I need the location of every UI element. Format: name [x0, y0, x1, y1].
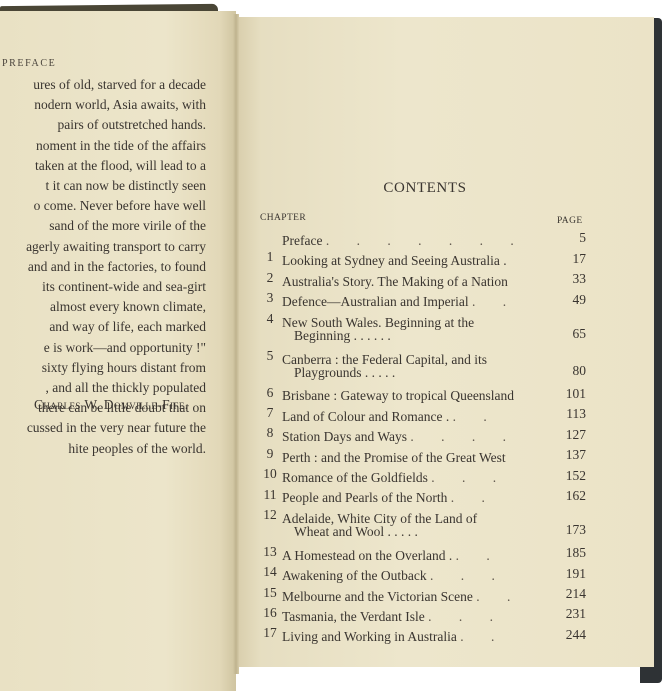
book-gutter	[233, 14, 239, 674]
table-of-contents: Preface . . . . . . .51Looking at Sydney…	[258, 227, 586, 644]
chapter-title: Land of Colour and Romance . . .	[282, 407, 552, 424]
leader-dots: . .	[456, 548, 502, 563]
chapter-number: 13	[258, 542, 282, 561]
chapter-title-line: Australia's Story. The Making of a Natio…	[282, 275, 552, 289]
chapter-title: Adelaide, White City of the Land ofWheat…	[282, 509, 552, 539]
toc-entry: 2Australia's Story. The Making of a Nati…	[258, 268, 586, 288]
page-number: 137	[552, 445, 586, 464]
page-number: 244	[552, 625, 586, 644]
preface-line: pairs of outstretched hands.	[0, 115, 206, 135]
toc-entry: 7Land of Colour and Romance . . .113	[258, 403, 586, 423]
leader-dots: . .	[453, 409, 499, 424]
chapter-title: Preface . . . . . . .	[282, 231, 552, 248]
page-number: 65	[552, 324, 586, 343]
chapter-title-line: Wheat and Wool . . . . .	[282, 525, 552, 539]
chapter-number: 2	[258, 268, 282, 287]
toc-entry: 5Canberra : the Federal Capital, and its…	[258, 346, 586, 380]
leader-dots: . .	[460, 629, 506, 644]
chapter-number: 6	[258, 383, 282, 402]
leader-dots: . .	[451, 490, 497, 505]
preface-line: and and in the factories, to found	[0, 257, 206, 277]
chapter-number: 1	[258, 247, 282, 266]
contents-title: CONTENTS	[260, 180, 590, 197]
chapter-title-line: Adelaide, White City of the Land of	[282, 512, 552, 526]
preface-line: nodern world, Asia awaits, with	[0, 95, 206, 115]
preface-line: t it can now be distinctly seen	[0, 176, 206, 196]
toc-entry: 17Living and Working in Australia . .244	[258, 623, 586, 643]
page-number: 127	[552, 425, 586, 444]
page-number: 101	[552, 384, 586, 403]
page-number: 214	[552, 584, 586, 603]
chapter-title-line: Brisbane : Gateway to tropical Queenslan…	[282, 389, 552, 403]
page-number: 191	[552, 564, 586, 583]
toc-entry: 3Defence—Australian and Imperial . .49	[258, 288, 586, 308]
chapter-number: 5	[258, 346, 282, 365]
page-column-header: PAGE	[557, 216, 583, 226]
toc-entry: 14Awakening of the Outback . . .191	[258, 562, 586, 582]
page-number: 5	[552, 228, 586, 247]
toc-entry: 10Romance of the Goldfields . . .152	[258, 464, 586, 484]
chapter-title: Living and Working in Australia . .	[282, 627, 552, 644]
toc-entry: Preface . . . . . . .5	[258, 227, 586, 247]
preface-line: e is work—and opportunity !"	[0, 338, 206, 358]
page-number: 80	[552, 361, 586, 380]
chapter-title: Perth : and the Promise of the Great Wes…	[282, 448, 552, 465]
page-number: 113	[552, 404, 586, 423]
chapter-number: 12	[258, 505, 282, 524]
chapter-title: Brisbane : Gateway to tropical Queenslan…	[282, 386, 552, 403]
chapter-title-line: New South Wales. Beginning at the	[282, 316, 552, 330]
preface-line: and way of life, each marked	[0, 317, 206, 337]
chapter-number: 8	[258, 423, 282, 442]
chapter-number: 11	[258, 485, 282, 504]
toc-entry: 11People and Pearls of the North . .162	[258, 485, 586, 505]
leader-dots: . .	[472, 294, 518, 309]
preface-line: , and all the thickly populated	[0, 378, 206, 398]
page-number: 17	[552, 249, 586, 268]
leader-dots: . . . . . . .	[326, 233, 526, 248]
page-number: 49	[552, 290, 586, 309]
leader-dots: . .	[476, 589, 522, 604]
leader-dots: . . .	[428, 609, 505, 624]
preface-line: its continent-wide and sea-girt	[0, 277, 206, 297]
chapter-title: Canberra : the Federal Capital, and itsP…	[282, 350, 552, 380]
chapter-title-line: Preface	[282, 233, 322, 248]
preface-line: taken at the flood, will lead to a	[0, 156, 206, 176]
chapter-title-line: Land of Colour and Romance .	[282, 409, 449, 424]
chapter-title-line: Canberra : the Federal Capital, and its	[282, 353, 552, 367]
chapter-title: Awakening of the Outback . . .	[282, 566, 552, 583]
toc-entry: 15Melbourne and the Victorian Scene . .2…	[258, 583, 586, 603]
toc-entry: 9Perth : and the Promise of the Great We…	[258, 444, 586, 464]
chapter-title: Station Days and Ways . . . .	[282, 427, 552, 444]
toc-entry: 12Adelaide, White City of the Land ofWhe…	[258, 505, 586, 539]
preface-line: cussed in the very near future the	[0, 418, 206, 438]
chapter-title: Melbourne and the Victorian Scene . .	[282, 587, 552, 604]
page-number: 152	[552, 466, 586, 485]
chapter-title: Romance of the Goldfields . . .	[282, 468, 552, 485]
chapter-title: New South Wales. Beginning at theBeginni…	[282, 313, 552, 343]
chapter-title: A Homestead on the Overland . . .	[282, 546, 552, 563]
preface-line: sixty flying hours distant from	[0, 358, 206, 378]
chapter-title-line: People and Pearls of the North	[282, 490, 447, 505]
chapter-title-line: Perth : and the Promise of the Great Wes…	[282, 451, 552, 465]
toc-entry: 1Looking at Sydney and Seeing Australia …	[258, 247, 586, 267]
chapter-title-line: Awakening of the Outback	[282, 568, 427, 583]
toc-entry: 6Brisbane : Gateway to tropical Queensla…	[258, 383, 586, 403]
chapter-number: 15	[258, 583, 282, 602]
chapter-number: 16	[258, 603, 282, 622]
preface-line: agerly awaiting transport to carry	[0, 237, 206, 257]
leader-dots: . . .	[430, 568, 507, 583]
chapter-title: People and Pearls of the North . .	[282, 488, 552, 505]
preface-line: hite peoples of the world.	[0, 439, 206, 459]
chapter-title-line: Beginning . . . . . .	[282, 329, 552, 343]
preface-line: sand of the more virile of the	[0, 216, 206, 236]
author-signature: Charles W. Domville-Fife.	[34, 397, 189, 413]
toc-entry: 13A Homestead on the Overland . . .185	[258, 542, 586, 562]
chapter-number: 14	[258, 562, 282, 581]
chapter-number: 10	[258, 464, 282, 483]
page-number: 173	[552, 520, 586, 539]
page-number: 162	[552, 486, 586, 505]
toc-entry: 16Tasmania, the Verdant Isle . . .231	[258, 603, 586, 623]
chapter-number: 4	[258, 309, 282, 328]
preface-line: ures of old, starved for a decade	[0, 75, 206, 95]
chapter-number: 17	[258, 623, 282, 642]
running-head: PREFACE	[2, 58, 56, 69]
chapter-title-line: Melbourne and the Victorian Scene	[282, 589, 473, 604]
chapter-number: 3	[258, 288, 282, 307]
toc-entry: 4New South Wales. Beginning at theBeginn…	[258, 309, 586, 343]
chapter-title-line: Living and Working in Australia	[282, 629, 457, 644]
toc-entry: 8Station Days and Ways . . . .127	[258, 423, 586, 443]
preface-line: o come. Never before have well	[0, 196, 206, 216]
chapter-title: Looking at Sydney and Seeing Australia .	[282, 251, 552, 268]
chapter-title: Defence—Australian and Imperial . .	[282, 292, 552, 309]
chapter-title-line: Romance of the Goldfields	[282, 470, 428, 485]
chapter-title: Tasmania, the Verdant Isle . . .	[282, 607, 552, 624]
preface-line: noment in the tide of the affairs	[0, 136, 206, 156]
chapter-title: Australia's Story. The Making of a Natio…	[282, 272, 552, 289]
chapter-title-line: Defence—Australian and Imperial	[282, 294, 469, 309]
chapter-column-header: CHAPTER	[260, 213, 306, 223]
chapter-title-line: Playgrounds . . . . .	[282, 366, 552, 380]
chapter-title-line: A Homestead on the Overland .	[282, 548, 452, 563]
page-number: 33	[552, 269, 586, 288]
page-number: 231	[552, 604, 586, 623]
leader-dots: . . . .	[410, 429, 518, 444]
chapter-title-line: Looking at Sydney and Seeing Australia .	[282, 254, 552, 268]
page-number: 185	[552, 543, 586, 562]
preface-line: almost every known climate,	[0, 297, 206, 317]
chapter-number: 7	[258, 403, 282, 422]
leader-dots: . . .	[431, 470, 508, 485]
chapter-number: 9	[258, 444, 282, 463]
chapter-title-line: Station Days and Ways	[282, 429, 407, 444]
chapter-title-line: Tasmania, the Verdant Isle	[282, 609, 425, 624]
